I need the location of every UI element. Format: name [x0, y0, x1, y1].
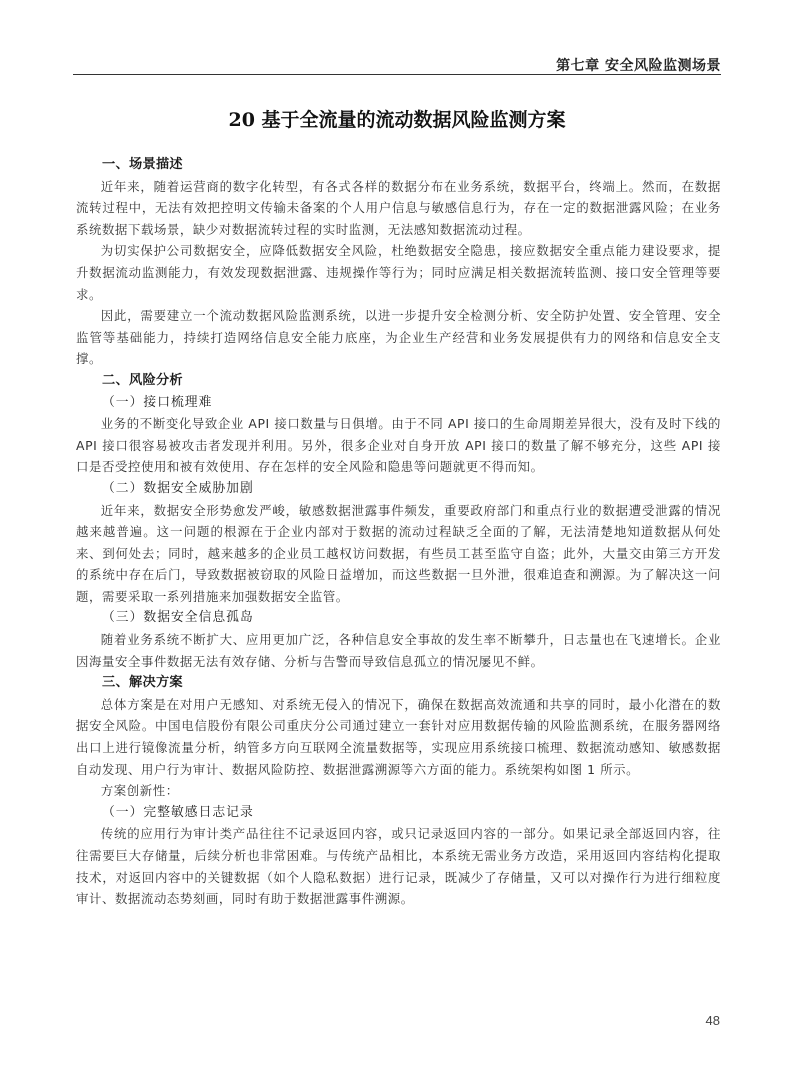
paragraph: 业务的不断变化导致企业 API 接口数量与日俱增。由于不同 API 接口的生命周…	[76, 413, 721, 478]
header-divider	[73, 74, 721, 75]
paragraph: 为切实保护公司数据安全，应降低数据安全风险，杜绝数据安全隐患，接应数据安全重点能…	[76, 240, 721, 305]
subsection-heading: （一）接口梳理难	[76, 392, 721, 414]
paragraph: 总体方案是在对用户无感知、对系统无侵入的情况下，确保在数据高效流通和共享的同时，…	[76, 694, 721, 780]
section-heading-solution: 三、解决方案	[76, 672, 721, 694]
chapter-header: 第七章 安全风险监测场景	[556, 55, 721, 75]
page-title: 20 基于全流量的流动数据风险监测方案	[0, 105, 794, 132]
section-heading-risk: 二、风险分析	[76, 370, 721, 392]
section-heading-scenario: 一、场景描述	[76, 154, 721, 176]
subsection-heading: （三）数据安全信息孤岛	[76, 607, 721, 629]
paragraph: 因此，需要建立一个流动数据风险监测系统，以进一步提升安全检测分析、安全防护处置、…	[76, 305, 721, 370]
paragraph: 传统的应用行为审计类产品往往不记录返回内容，或只记录返回内容的一部分。如果记录全…	[76, 823, 721, 909]
page-number: 48	[706, 1013, 720, 1028]
paragraph: 近年来，数据安全形势愈发严峻，敏感数据泄露事件频发，重要政府部门和重点行业的数据…	[76, 500, 721, 608]
subsection-heading: （二）数据安全威胁加剧	[76, 478, 721, 500]
document-body: 一、场景描述 近年来，随着运营商的数字化转型，有各式各样的数据分布在业务系统，数…	[76, 154, 721, 910]
paragraph: 随着业务系统不断扩大、应用更加广泛，各种信息安全事故的发生率不断攀升，日志量也在…	[76, 629, 721, 672]
paragraph: 方案创新性：	[76, 780, 721, 802]
paragraph: 近年来，随着运营商的数字化转型，有各式各样的数据分布在业务系统，数据平台，终端上…	[76, 176, 721, 241]
subsection-heading: （一）完整敏感日志记录	[76, 802, 721, 824]
